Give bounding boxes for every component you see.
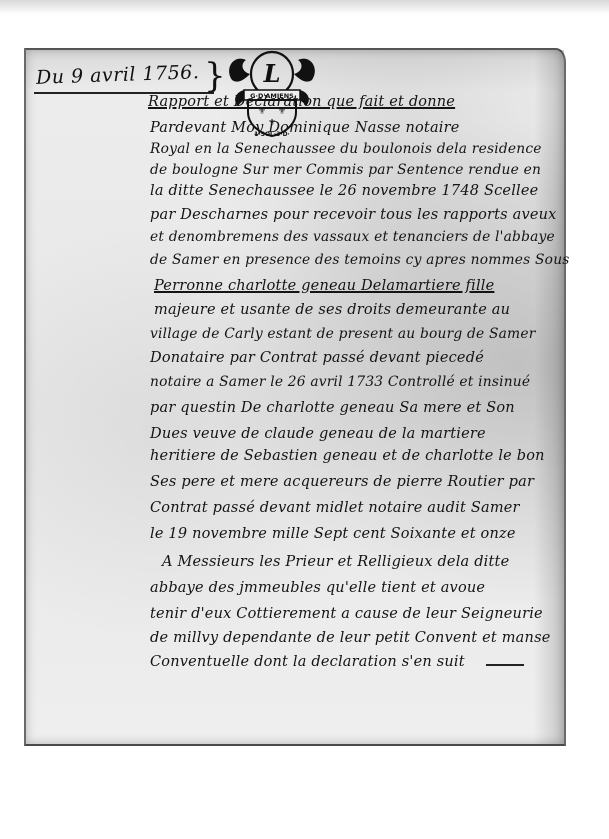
manuscript-line: de Samer en presence des temoins cy apre… xyxy=(150,252,570,268)
manuscript-line: Pardevant Moy Dominique Nasse notaire xyxy=(150,120,460,136)
manuscript-line: par questin De charlotte geneau Sa mere … xyxy=(150,400,515,416)
manuscript-line: Rapport et Declaration que fait et donne xyxy=(148,94,455,110)
manuscript-body: Rapport et Declaration que fait et donne… xyxy=(26,50,564,744)
manuscript-line: notaire a Samer le 26 avril 1733 Control… xyxy=(150,374,530,390)
scanner-edge-shadow xyxy=(0,0,609,14)
manuscript-line: Dues veuve de claude geneau de la martie… xyxy=(150,426,486,442)
line-end-dash xyxy=(486,664,524,666)
manuscript-line: Perronne charlotte geneau Delamartiere f… xyxy=(154,278,494,294)
manuscript-line: tenir d'eux Cottierement a cause de leur… xyxy=(150,606,543,622)
manuscript-line: Conventuelle dont la declaration s'en su… xyxy=(150,654,465,670)
manuscript-page: Du 9 avril 1756. } L G·D'AMIENS ⚜ ⚜ ⚜ 1·… xyxy=(24,48,566,746)
manuscript-line: abbaye des jmmeubles qu'elle tient et av… xyxy=(150,580,485,596)
manuscript-line: Royal en la Senechaussee du boulonois de… xyxy=(150,141,542,157)
manuscript-line: Ses pere et mere acquereurs de pierre Ro… xyxy=(150,474,534,490)
manuscript-line: de millvy dependante de leur petit Conve… xyxy=(150,630,551,646)
manuscript-line: Contrat passé devant midlet notaire audi… xyxy=(150,500,520,516)
manuscript-line: le 19 novembre mille Sept cent Soixante … xyxy=(150,526,516,542)
manuscript-line: par Descharnes pour recevoir tous les ra… xyxy=(150,207,557,223)
manuscript-line: de boulogne Sur mer Commis par Sentence … xyxy=(150,162,541,178)
manuscript-line: Donataire par Contrat passé devant piece… xyxy=(150,350,484,366)
manuscript-line: A Messieurs les Prieur et Relligieux del… xyxy=(162,554,509,570)
manuscript-line: la ditte Senechaussee le 26 novembre 174… xyxy=(150,183,538,199)
manuscript-line: village de Carly estant de present au bo… xyxy=(150,326,536,342)
manuscript-line: et denombremens des vassaux et tenancier… xyxy=(150,229,555,245)
manuscript-line: heritiere de Sebastien geneau et de char… xyxy=(150,448,545,464)
manuscript-line: majeure et usante de ses droits demeuran… xyxy=(154,302,510,318)
